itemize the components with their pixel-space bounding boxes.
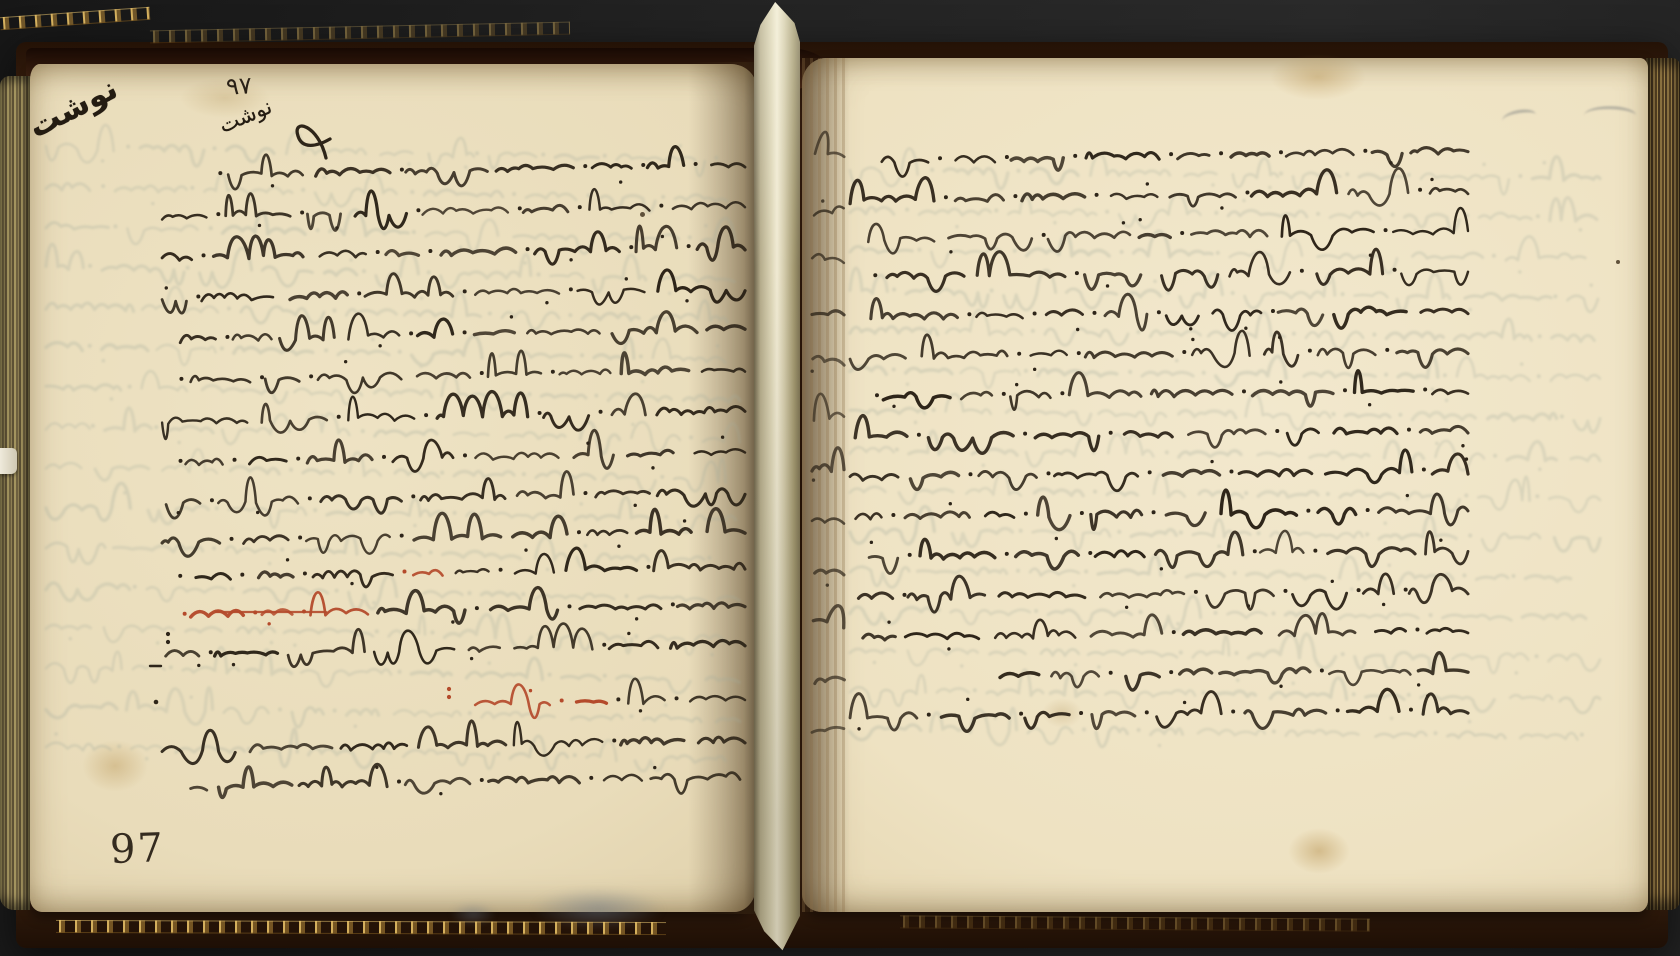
gold-tooling-top-corner	[0, 7, 150, 30]
left-page: ٩٧ نوشت نوشت 97	[30, 64, 756, 912]
photo-background: ٩٧ نوشت نوشت 97	[0, 0, 1680, 956]
right-page	[802, 58, 1648, 912]
fore-edge-right	[1646, 58, 1680, 910]
page-marker-strip	[754, 2, 800, 954]
stain	[1270, 54, 1366, 100]
faint-pencil-mark	[1583, 104, 1636, 127]
stain	[82, 740, 148, 792]
folio-number-arabic: ٩٧	[225, 71, 253, 101]
bookmark-tab	[0, 448, 17, 474]
page-number: 97	[109, 825, 165, 873]
stain	[1288, 828, 1350, 874]
page-stack-left-edge	[0, 76, 30, 910]
margin-note-outer: نوشت	[23, 71, 123, 146]
gold-tooling-bottom	[56, 920, 666, 935]
stain	[1042, 698, 1082, 728]
faint-pencil-mark	[1501, 108, 1536, 126]
margin-note-inner: نوشت	[215, 94, 275, 138]
gold-tooling-top	[150, 22, 570, 44]
ink-speck	[640, 212, 645, 217]
ink-speck	[1616, 260, 1620, 264]
